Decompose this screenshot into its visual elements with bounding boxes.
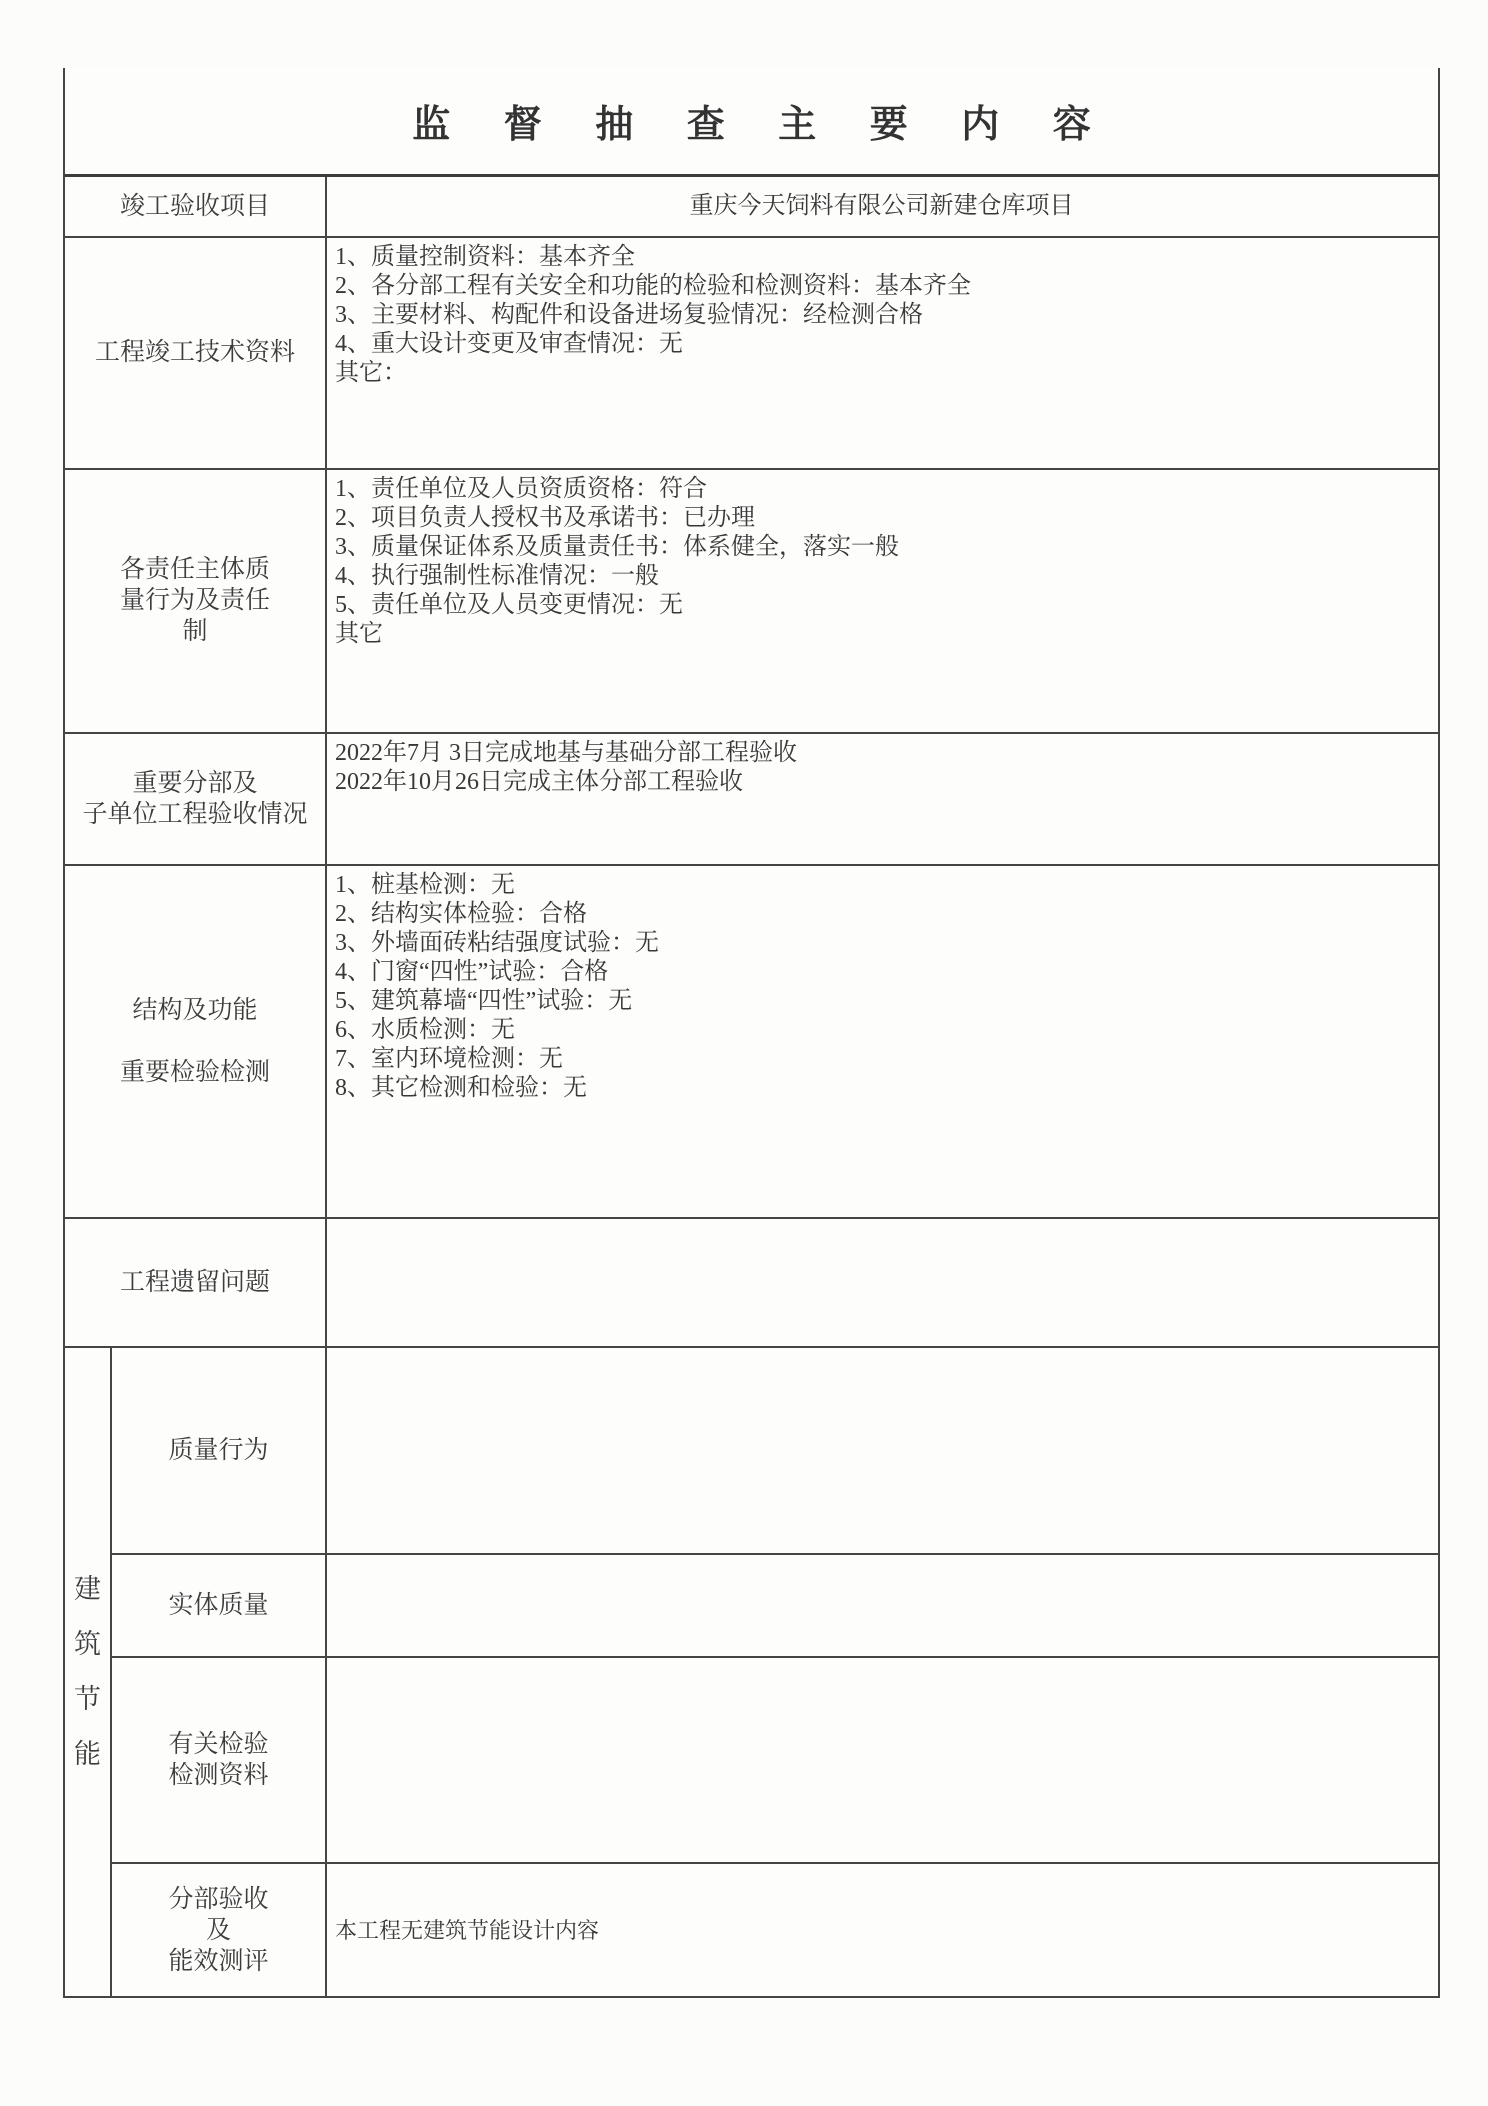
energy-entity-quality-label: 实体质量	[112, 1555, 327, 1656]
building-energy-saving-rows: 质量行为 实体质量 有关检验 检测资料 分部验收 及 能效测评 本工程无建筑节能…	[112, 1348, 1438, 1996]
form-title-row: 监 督 抽 查 主 要 内 容	[65, 68, 1438, 177]
row-completion-acceptance-project: 竣工验收项目 重庆今天饲料有限公司新建仓库项目	[65, 177, 1438, 238]
remaining-issues-content	[327, 1219, 1438, 1346]
energy-division-acceptance-label: 分部验收 及 能效测评	[112, 1864, 327, 1996]
row-responsibility-entities: 各责任主体质 量行为及责任 制 1、责任单位及人员资质资格：符合 2、项目负责人…	[65, 470, 1438, 735]
responsibility-entities-label: 各责任主体质 量行为及责任 制	[65, 470, 327, 733]
section-building-energy-saving: 建 筑 节 能 质量行为 实体质量 有关检验 检测资料 分部验收 及 能效测评 …	[65, 1348, 1438, 1996]
row-structure-function-tests: 结构及功能 重要检验检测 1、桩基检测：无 2、结构实体检验：合格 3、外墙面砖…	[65, 866, 1438, 1219]
energy-test-documents-content	[327, 1658, 1438, 1862]
row-energy-entity-quality: 实体质量	[112, 1555, 1438, 1658]
project-row-label: 竣工验收项目	[65, 177, 327, 236]
scanned-form-page: 监 督 抽 查 主 要 内 容 竣工验收项目 重庆今天饲料有限公司新建仓库项目 …	[0, 0, 1488, 2106]
row-energy-quality-behavior: 质量行为	[112, 1348, 1438, 1556]
row-technical-documents: 工程竣工技术资料 1、质量控制资料：基本齐全 2、各分部工程有关安全和功能的检验…	[65, 238, 1438, 470]
building-energy-saving-side-label: 建 筑 节 能	[65, 1348, 112, 1996]
technical-documents-label: 工程竣工技术资料	[65, 238, 327, 468]
energy-entity-quality-content	[327, 1555, 1438, 1656]
energy-test-documents-label: 有关检验 检测资料	[112, 1658, 327, 1862]
key-division-acceptance-label: 重要分部及 子单位工程验收情况	[65, 734, 327, 864]
row-remaining-issues: 工程遗留问题	[65, 1219, 1438, 1348]
energy-quality-behavior-label: 质量行为	[112, 1348, 327, 1554]
structure-function-tests-label: 结构及功能 重要检验检测	[65, 866, 327, 1217]
row-energy-division-acceptance: 分部验收 及 能效测评 本工程无建筑节能设计内容	[112, 1864, 1438, 1996]
energy-quality-behavior-content	[327, 1348, 1438, 1554]
structure-function-tests-content: 1、桩基检测：无 2、结构实体检验：合格 3、外墙面砖粘结强度试验：无 4、门窗…	[327, 866, 1438, 1217]
technical-documents-content: 1、质量控制资料：基本齐全 2、各分部工程有关安全和功能的检验和检测资料：基本齐…	[327, 238, 1438, 468]
row-energy-test-documents: 有关检验 检测资料	[112, 1658, 1438, 1864]
project-name-value: 重庆今天饲料有限公司新建仓库项目	[327, 177, 1438, 236]
remaining-issues-label: 工程遗留问题	[65, 1219, 327, 1346]
responsibility-entities-content: 1、责任单位及人员资质资格：符合 2、项目负责人授权书及承诺书：已办理 3、质量…	[327, 470, 1438, 733]
row-key-division-acceptance: 重要分部及 子单位工程验收情况 2022年7月 3日完成地基与基础分部工程验收 …	[65, 734, 1438, 866]
key-division-acceptance-content: 2022年7月 3日完成地基与基础分部工程验收 2022年10月26日完成主体分…	[327, 734, 1438, 864]
energy-division-acceptance-content: 本工程无建筑节能设计内容	[327, 1864, 1438, 1996]
form-title: 监 督 抽 查 主 要 内 容	[390, 93, 1113, 148]
inspection-form-table: 监 督 抽 查 主 要 内 容 竣工验收项目 重庆今天饲料有限公司新建仓库项目 …	[63, 68, 1440, 1998]
